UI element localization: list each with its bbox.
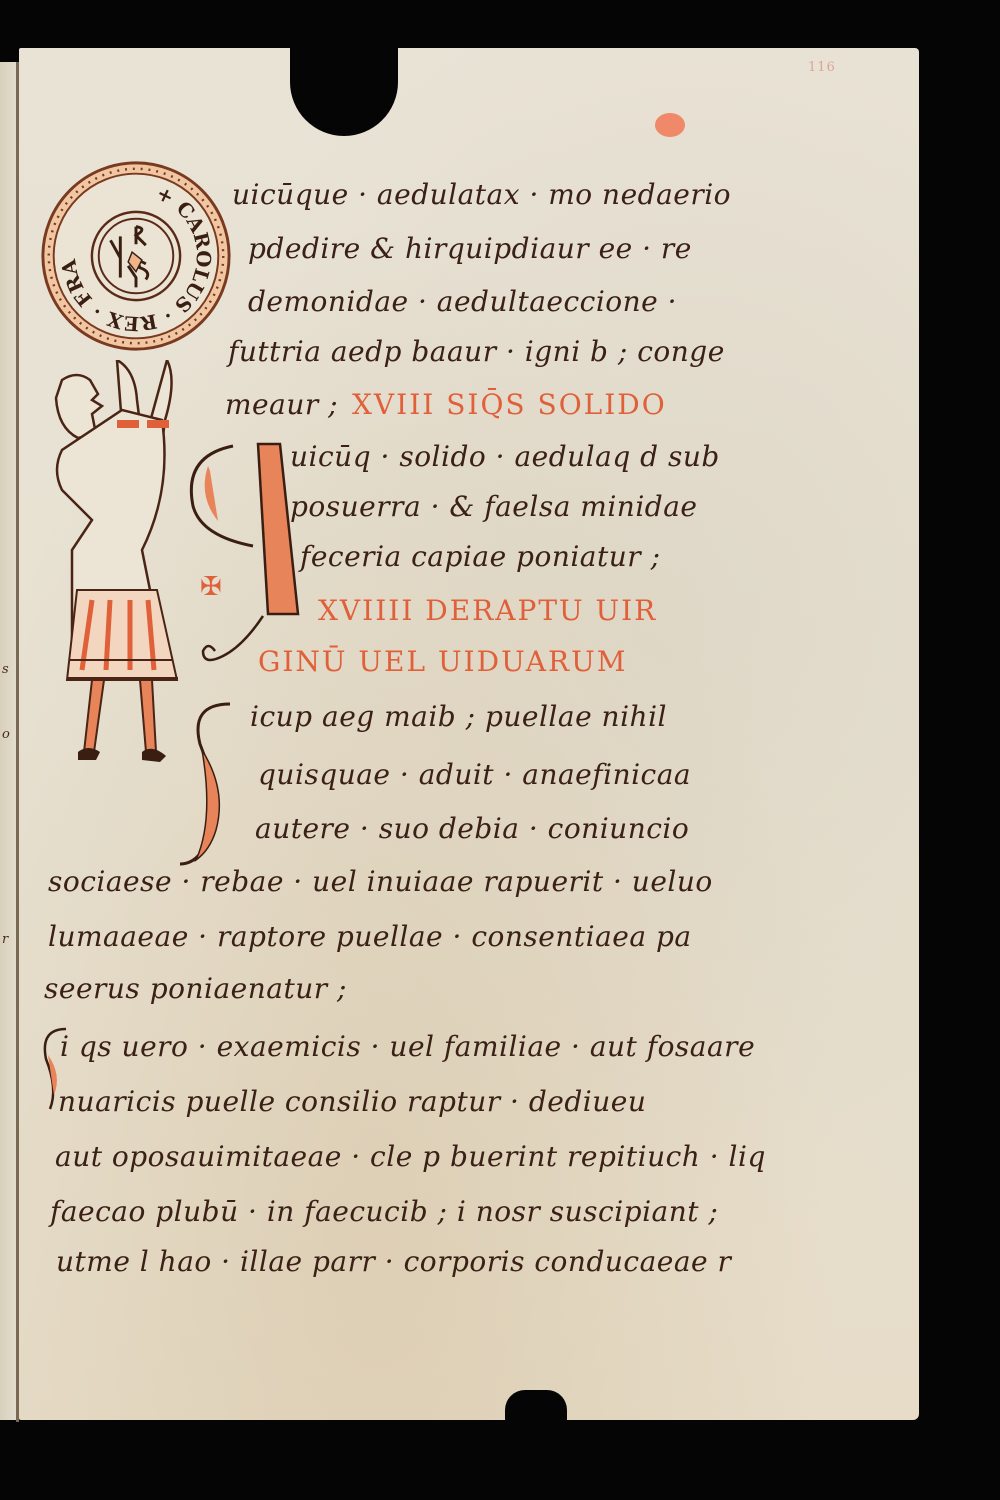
- red-ink-blot: [655, 113, 685, 137]
- decorated-initial-s-icon: [168, 700, 248, 870]
- rubric-heading: GINŪ UEL UIDUARUM: [258, 645, 627, 678]
- text-line: pdedire & hirquipdiaur ee · re: [248, 232, 692, 265]
- decorative-rubric-flourish: ✠: [200, 572, 224, 602]
- text-line: faecao plubū · in faecucib ; i nosr susc…: [50, 1195, 718, 1228]
- text-line: feceria capiae poniatur ;: [300, 540, 661, 573]
- text-line: sociaese · rebae · uel inuiaae rapuerit …: [48, 865, 713, 898]
- text-line: nuaricis puelle consilio raptur · dediue…: [58, 1085, 646, 1118]
- text-line: aut oposauimitaeae · cle p buerint repit…: [55, 1140, 766, 1173]
- text-line: utme l hao · illae parr · corporis condu…: [56, 1245, 731, 1278]
- text-line: posuerra · & faelsa minidae: [290, 490, 697, 523]
- folio-number: 116: [808, 60, 836, 75]
- text-line: i qs uero · exaemicis · uel familiae · a…: [60, 1030, 755, 1063]
- text-line: demonidae · aedultaeccione ·: [248, 285, 677, 318]
- text-line: lumaaeae · raptore puellae · consentiaea…: [48, 920, 692, 953]
- text-line: meaur ;: [225, 388, 338, 421]
- rubric-heading: XVIII SIQ̄S SOLIDO: [352, 388, 667, 421]
- facing-page-fragment: r: [2, 932, 8, 947]
- facing-page-fragment: o: [2, 727, 10, 742]
- text-line: futtria aedp baaur · igni b ; conge: [228, 335, 725, 368]
- text-line: autere · suo debia · coniuncio: [255, 812, 689, 845]
- text-line: seerus poniaenatur ;: [44, 972, 347, 1005]
- page-notch-bottom: [505, 1390, 567, 1430]
- royal-seal-icon: + CAROLUS · REX · FRANCORŪ: [38, 158, 234, 354]
- text-line: uicūque · aedulatax · mo nedaerio: [232, 178, 731, 211]
- facing-page-fragment: s: [2, 662, 9, 677]
- text-line: icup aeg maib ; puellae nihil: [250, 700, 667, 733]
- text-line: quisquae · aduit · anaefinicaa: [258, 758, 691, 791]
- text-line: uicūq · solido · aedulaq d sub: [290, 440, 720, 473]
- rubric-heading: XVIIII DERAPTU UIR: [318, 594, 657, 627]
